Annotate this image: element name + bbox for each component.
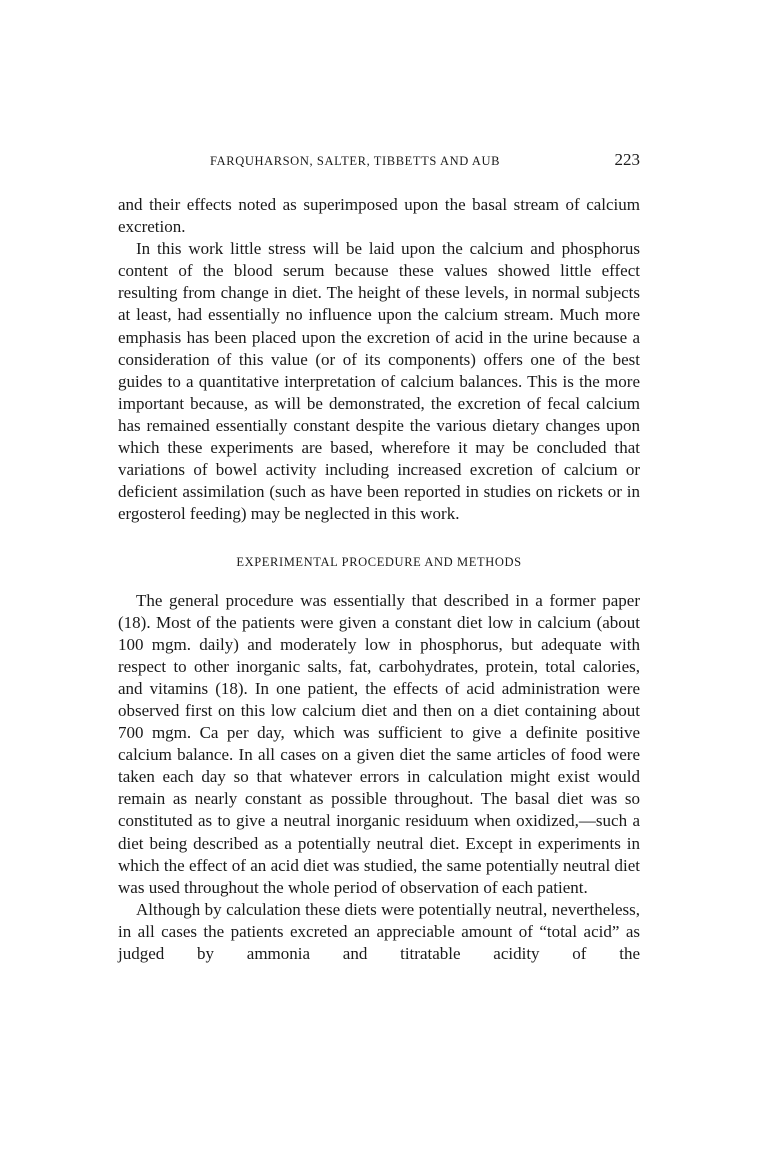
page-number: 223 bbox=[615, 150, 641, 170]
section-heading: EXPERIMENTAL PROCEDURE AND METHODS bbox=[118, 551, 640, 573]
document-page: FARQUHARSON, SALTER, TIBBETTS AND AUB 22… bbox=[118, 150, 640, 965]
running-head: FARQUHARSON, SALTER, TIBBETTS AND AUB 22… bbox=[118, 150, 640, 174]
paragraph-total-acid: Although by calculation these diets were… bbox=[118, 899, 640, 965]
body-text: and their effects noted as superimposed … bbox=[118, 194, 640, 965]
paragraph-general-procedure: The general procedure was essentially th… bbox=[118, 590, 640, 899]
running-head-authors: FARQUHARSON, SALTER, TIBBETTS AND AUB bbox=[210, 154, 500, 169]
paragraph-methods-rationale: In this work little stress will be laid … bbox=[118, 238, 640, 525]
paragraph-continuation: and their effects noted as superimposed … bbox=[118, 194, 640, 238]
